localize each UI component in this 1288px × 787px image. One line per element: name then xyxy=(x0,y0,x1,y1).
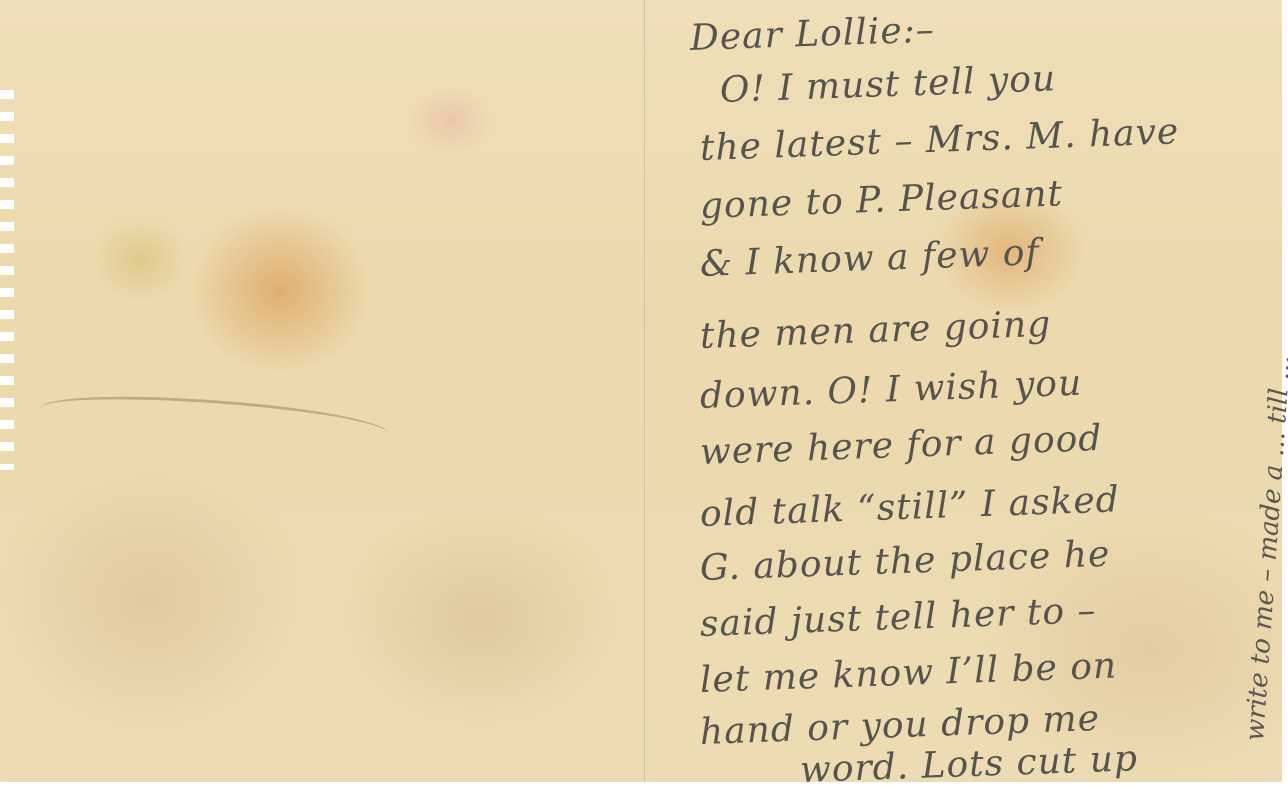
letter-line: gone to P. Pleasant xyxy=(699,173,1063,227)
letter-line: let me know I’ll be on xyxy=(699,645,1118,701)
letter-line: old talk “still” I asked xyxy=(699,479,1120,535)
letter-line: were here for a good xyxy=(699,418,1103,473)
torn-edge xyxy=(0,90,14,470)
letter-line: the latest – Mrs. M. have xyxy=(699,111,1180,169)
letter-line: down. O! I wish you xyxy=(699,363,1083,417)
letter-line: & I know a few of xyxy=(699,232,1040,285)
water-stain xyxy=(39,391,391,452)
page-fold-crease xyxy=(644,0,646,782)
margin-note: write to me – made a ... till ... xyxy=(1240,354,1288,742)
letter-line: G. about the place he xyxy=(699,534,1111,589)
letter-sheet: Dear Lollie:– O! I must tell you the lat… xyxy=(0,0,1282,782)
letter-line: O! I must tell you xyxy=(719,58,1056,111)
letter-line: the men are going xyxy=(699,304,1052,357)
salutation: Dear Lollie:– xyxy=(689,9,935,59)
letter-line: said just tell her to – xyxy=(699,590,1097,645)
